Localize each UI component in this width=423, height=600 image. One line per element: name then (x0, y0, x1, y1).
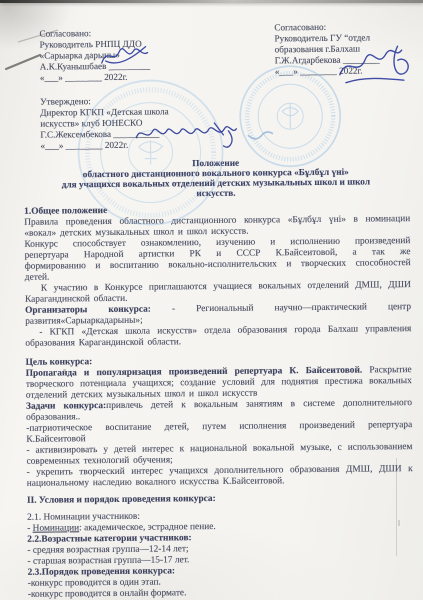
nomination-rest: : академическое, эстрадное пение. (79, 522, 216, 533)
date-line: «___» ________ 2022г. (275, 65, 417, 77)
approved-block: Утверждено: Директор КГКП «Детская школа… (40, 95, 246, 152)
document-title: Положение областного дистанционного вока… (23, 158, 409, 201)
organizers-label: Организаторы конкурса: (25, 305, 151, 316)
official-stamp (240, 66, 341, 167)
nomination-term: Номинации (33, 523, 80, 533)
approval-block-right: Согласовано: Руководитель ГУ “отдел обра… (274, 21, 417, 77)
date-line: «___» ________ 2022г. (40, 139, 245, 152)
paragraph-contest-purpose: Конкурс способствует ознакомлению, изуче… (24, 236, 410, 284)
check-mark (248, 132, 272, 139)
tasks-label: Задачи конкурса: (26, 401, 106, 412)
approval-block-left: Согласовано: Руководитель РНПЦ ДДО «Сары… (39, 27, 220, 84)
date-line: «___» ________ 2022г. (40, 71, 220, 84)
scanned-document-page: Согласовано: Руководитель РНПЦ ДДО «Сары… (0, 0, 423, 600)
paper-content: Согласовано: Руководитель РНПЦ ДДО «Сары… (0, 0, 423, 600)
goal-lead-paragraph: Пропаганда и популяризация произведений … (26, 365, 412, 402)
document-body: 1.Общее положение Правила проведения обл… (24, 203, 414, 600)
